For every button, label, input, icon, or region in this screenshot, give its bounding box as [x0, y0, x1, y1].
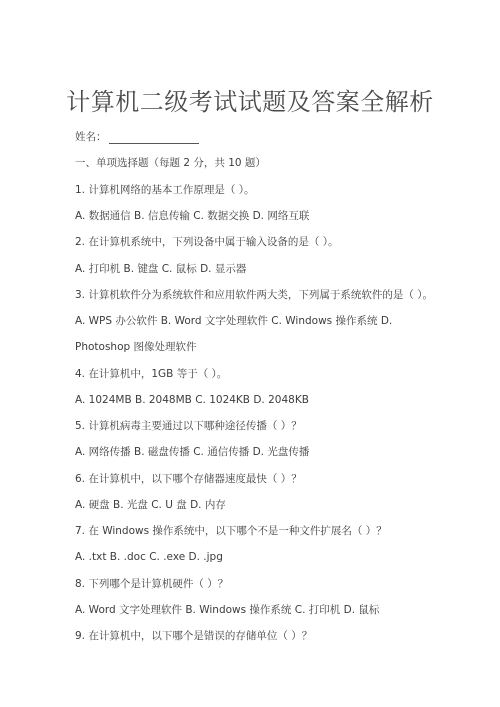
question-8: 8. 下列哪个是计算机硬件（ ）？ [75, 577, 228, 591]
options-5: A. 网络传播 B. 磁盘传播 C. 通信传播 D. 光盘传播 [75, 445, 309, 459]
name-field-row: 姓名： [75, 130, 199, 144]
question-1: 1. 计算机网络的基本工作原理是（ ）。 [75, 183, 254, 197]
options-3: A. WPS 办公软件 B. Word 文字处理软件 C. Windows 操作… [75, 314, 392, 328]
name-blank-line [109, 133, 199, 144]
question-9: 9. 在计算机中，以下哪个是错误的存储单位（ ）？ [75, 629, 312, 643]
document-page: 计算机二级考试试题及答案全解析 姓名： 一、单项选择题（每题 2 分，共 10 … [0, 0, 500, 707]
question-5: 5. 计算机病毒主要通过以下哪种途径传播（ ）？ [75, 419, 302, 433]
options-7: A. .txt B. .doc C. .exe D. .jpg [75, 550, 223, 564]
question-4: 4. 在计算机中，1GB 等于（ ）。 [75, 367, 227, 381]
options-1: A. 数据通信 B. 信息传输 C. 数据交换 D. 网络互联 [75, 209, 309, 223]
options-2: A. 打印机 B. 键盘 C. 鼠标 D. 显示器 [75, 262, 246, 276]
question-6: 6. 在计算机中，以下哪个存储器速度最快（ ）？ [75, 472, 302, 486]
options-6: A. 硬盘 B. 光盘 C. U 盘 D. 内存 [75, 498, 226, 512]
name-label: 姓名： [75, 130, 107, 144]
question-7: 7. 在 Windows 操作系统中，以下哪个不是一种文件扩展名（ ）？ [75, 524, 387, 538]
question-2: 2. 在计算机系统中，下列设备中属于输入设备的是（ ）。 [75, 235, 338, 249]
document-title: 计算机二级考试试题及答案全解析 [0, 82, 500, 117]
question-3: 3. 计算机软件分为系统软件和应用软件两大类，下列属于系统软件的是（ ）。 [75, 288, 433, 302]
section-heading: 一、单项选择题（每题 2 分，共 10 题） [75, 156, 266, 170]
options-4: A. 1024MB B. 2048MB C. 1024KB D. 2048KB [75, 393, 309, 407]
options-3-continued: Photoshop 图像处理软件 [75, 340, 197, 354]
options-8: A. Word 文字处理软件 B. Windows 操作系统 C. 打印机 D.… [75, 603, 379, 617]
